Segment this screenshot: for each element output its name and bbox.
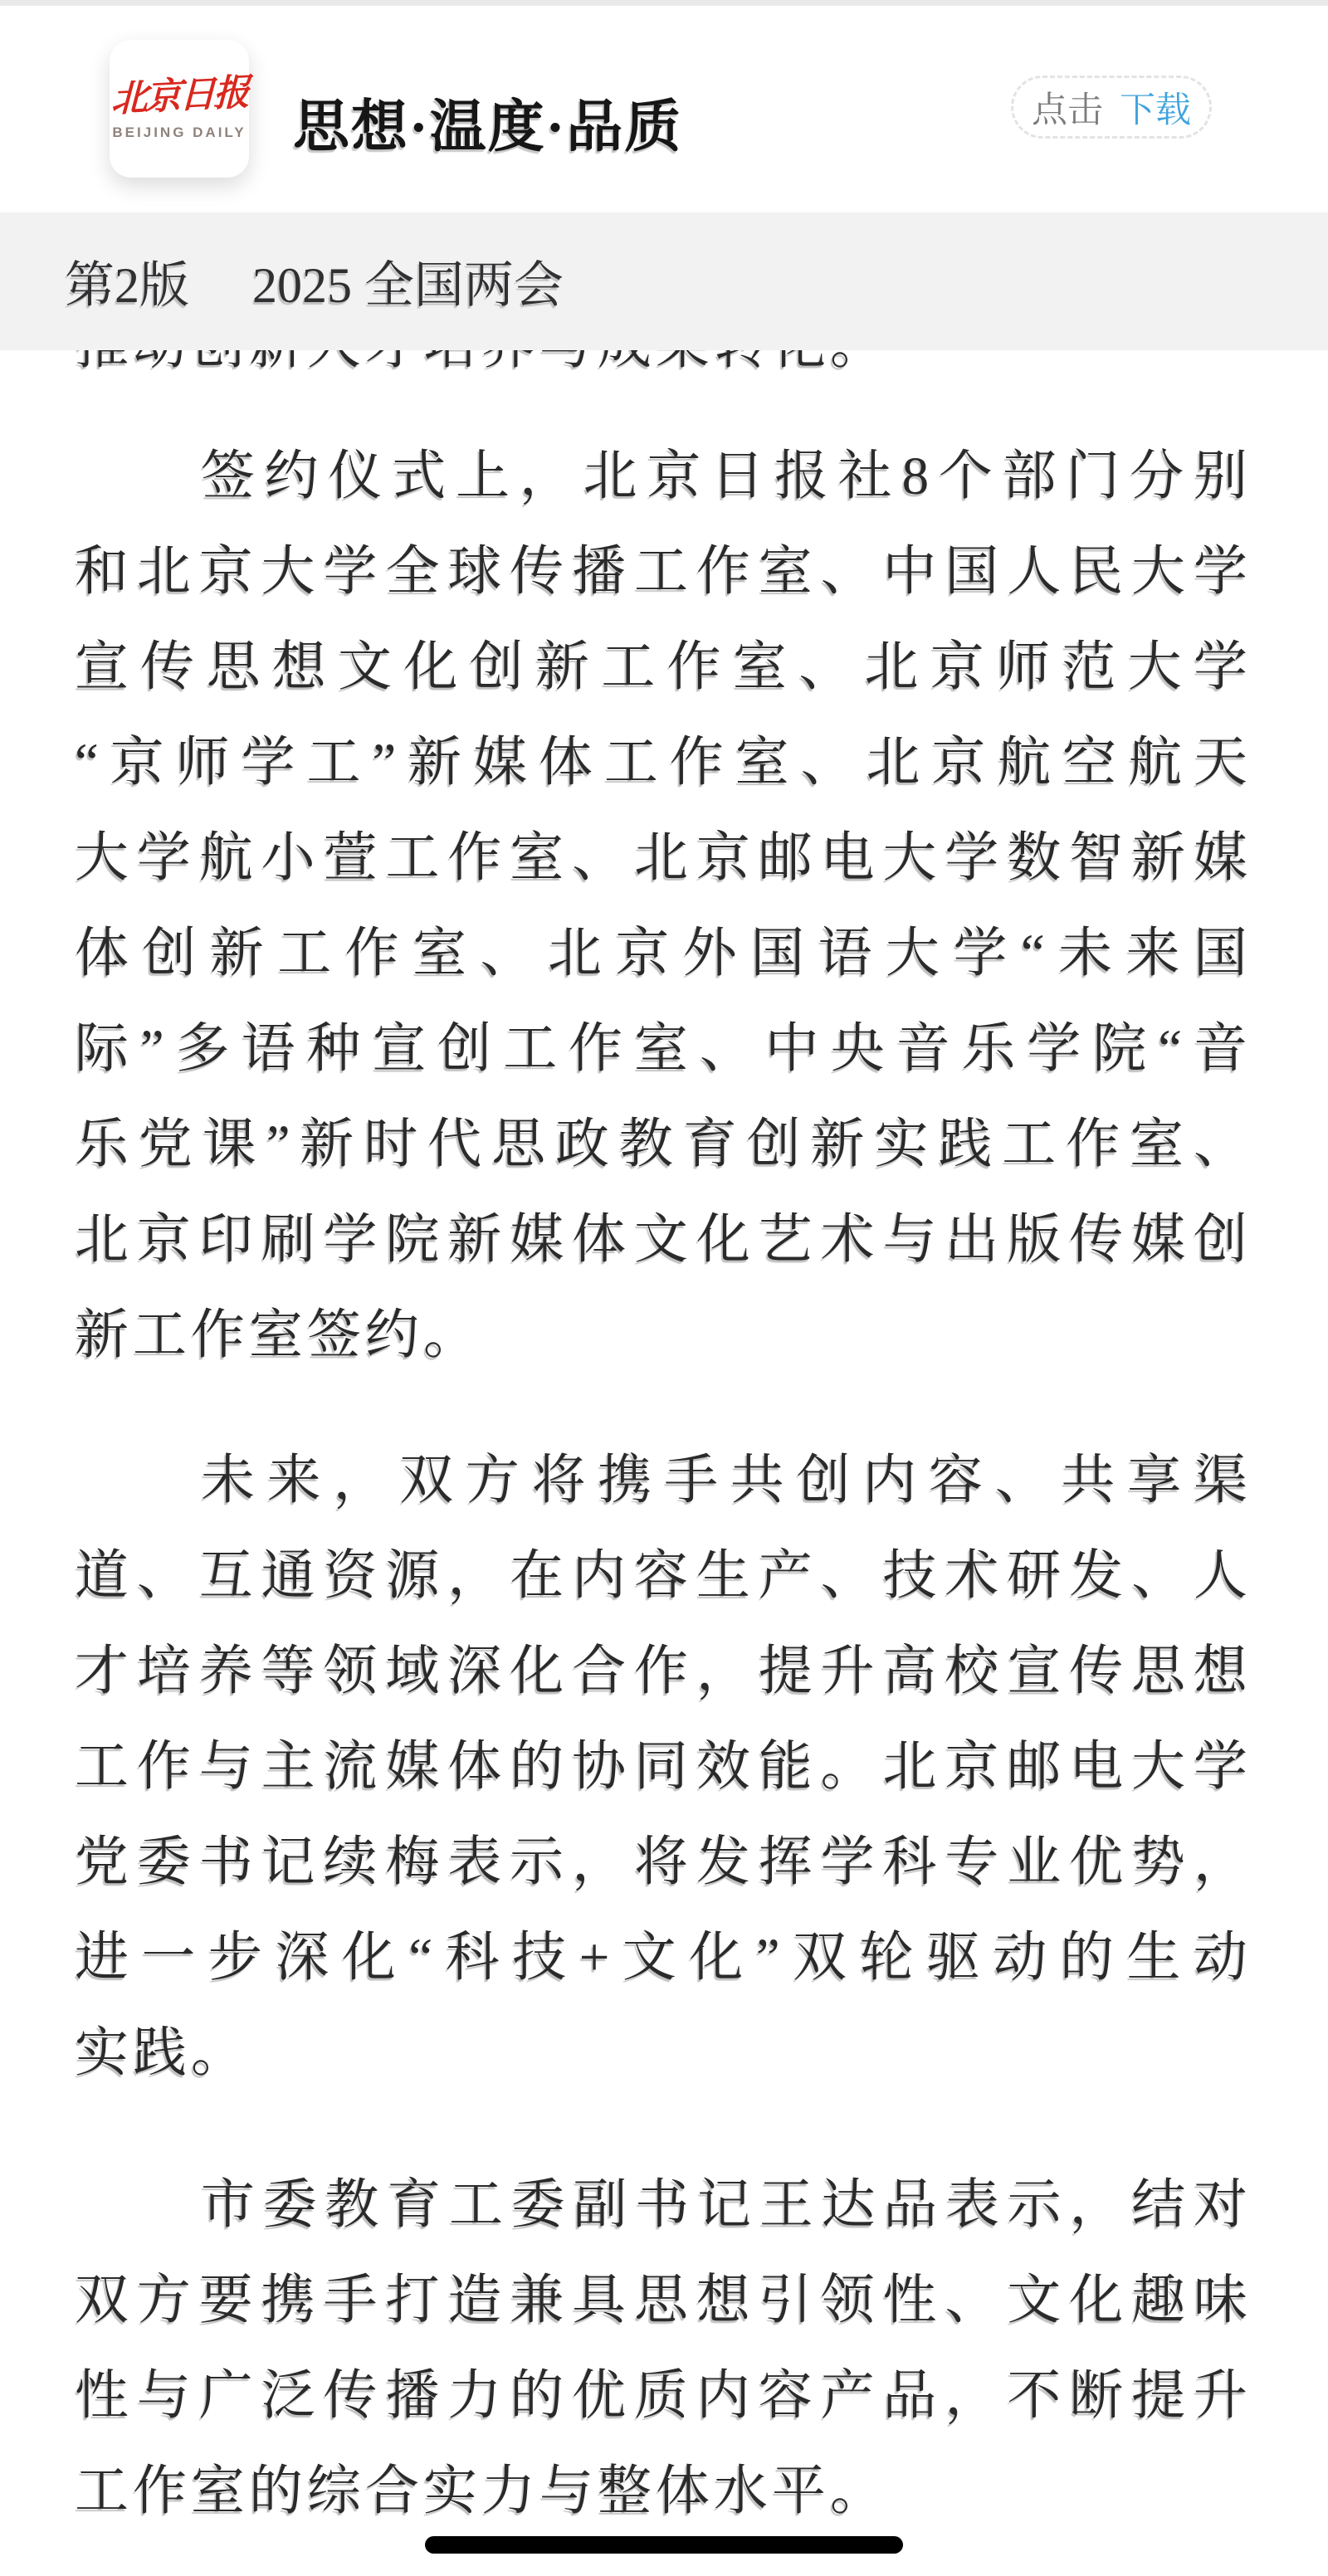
section-bar: 第2版 2025 全国两会 (0, 212, 1328, 350)
beijing-daily-logo[interactable]: 北京日报 BEIJING DAILY (110, 40, 249, 178)
clipped-scrolled-line: 推动创新人才培养与成果转化。 (75, 350, 1252, 373)
article-line: 性与广泛传播力的优质内容产品，不断提升 (75, 2349, 1252, 2444)
article-line: 才培养等领域深化合作，提升高校宣传思想 (75, 1624, 1252, 1720)
article-line: 体创新工作室、北京外国语大学“未来国 (75, 906, 1252, 1002)
article-line: 实践。 (75, 2006, 1252, 2101)
article-line: 宣传思想文化创新工作室、北京师范大学 (75, 620, 1252, 715)
article-line: 大学航小萱工作室、北京邮电大学数智新媒 (75, 811, 1252, 906)
logo-cn-text: 北京日报 (111, 73, 248, 120)
article-line: 签约仪式上，北京日报社8个部门分别 (75, 429, 1252, 524)
article-body: 推动创新人才培养与成果转化。 签约仪式上，北京日报社8个部门分别 和北京大学全球… (0, 350, 1328, 2539)
article-line: 双方要携手打造兼具思想引领性、文化趣味 (75, 2253, 1252, 2349)
article-line: 未来，双方将携手共创内容、共享渠 (75, 1433, 1252, 1529)
article-line: 工作与主流媒体的协同效能。北京邮电大学 (75, 1720, 1252, 1815)
download-button[interactable]: 点击 下载 (1011, 76, 1212, 139)
article-line: 工作室的综合实力与整体水平。 (75, 2444, 1252, 2539)
status-bar-strip (0, 0, 1328, 6)
paragraph: 签约仪式上，北京日报社8个部门分别 和北京大学全球传播工作室、中国人民大学 宣传… (75, 429, 1252, 1383)
home-indicator[interactable] (425, 2536, 903, 2554)
article-line: 际”多语种宣创工作室、中央音乐学院“音 (75, 1002, 1252, 1097)
article-line: “京师学工”新媒体工作室、北京航空航天 (75, 715, 1252, 811)
article-line: 党委书记续梅表示，将发挥学科专业优势， (75, 1815, 1252, 1910)
download-action-label: 下载 (1120, 82, 1191, 133)
slogan: 思想·温度·品质 (293, 88, 682, 166)
article-line: 市委教育工委副书记王达品表示，结对 (75, 2158, 1252, 2253)
article-line: 新工作室签约。 (75, 1288, 1252, 1383)
article-line: 和北京大学全球传播工作室、中国人民大学 (75, 524, 1252, 620)
article-line: 进一步深化“科技+文化”双轮驱动的生动 (75, 1910, 1252, 2006)
article-line: 北京印刷学院新媒体文化艺术与出版传媒创 (75, 1193, 1252, 1288)
article-line: 乐党课”新时代思政教育创新实践工作室、 (75, 1097, 1252, 1193)
paragraph: 未来，双方将携手共创内容、共享渠 道、互通资源，在内容生产、技术研发、人 才培养… (75, 1433, 1252, 2101)
screen: 北京日报 BEIJING DAILY 思想·温度·品质 点击 下载 第2版 20… (0, 0, 1328, 2576)
page-number: 第2版 (65, 246, 189, 317)
article-line: 推动创新人才培养与成果转化。 (75, 350, 1252, 373)
download-prefix-label: 点击 (1032, 82, 1103, 133)
logo-en-text: BEIJING DAILY (112, 124, 246, 141)
app-header: 北京日报 BEIJING DAILY 思想·温度·品质 点击 下载 (0, 6, 1328, 212)
section-title: 2025 全国两会 (252, 246, 564, 317)
paragraph: 市委教育工委副书记王达品表示，结对 双方要携手打造兼具思想引领性、文化趣味 性与… (75, 2158, 1252, 2539)
article-line: 道、互通资源，在内容生产、技术研发、人 (75, 1529, 1252, 1624)
